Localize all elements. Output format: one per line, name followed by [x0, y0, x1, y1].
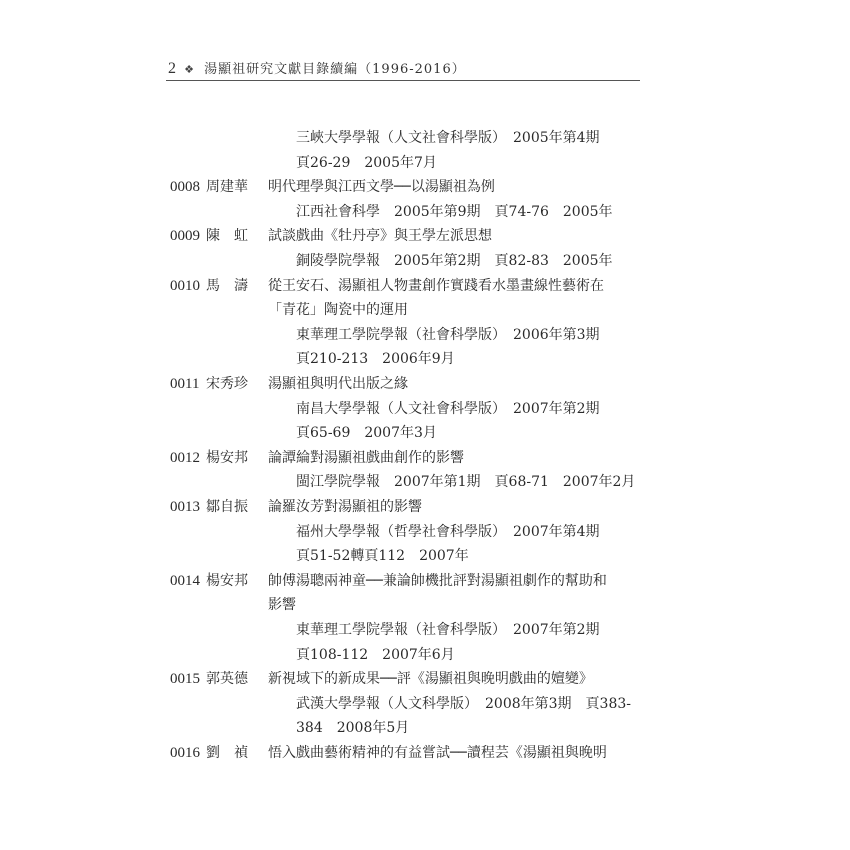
entry-number: 0009 — [170, 226, 200, 246]
publication-info: 頁65-69 2007年3月 — [296, 423, 437, 443]
entry-author: 鄒自振 — [206, 497, 248, 517]
running-header: 2 ❖ 湯顯祖研究文獻目錄續編（1996-2016） — [168, 58, 640, 80]
entry-title: 明代理學與江西文學──以湯顯祖為例 — [268, 177, 495, 197]
entry-author: 郭英德 — [206, 669, 248, 689]
publication-info: 武漢大學學報（人文科學版） 2008年第3期 頁383- — [296, 694, 631, 714]
entry-title: 試談戲曲《牡丹亭》與王學左派思想 — [268, 226, 492, 246]
entry-title-continued: 「青花」陶瓷中的運用 — [268, 300, 408, 320]
entry-author: 楊安邦 — [206, 571, 248, 591]
entry-title-continued: 影響 — [268, 595, 296, 615]
entry-number: 0010 — [170, 276, 200, 296]
entry-author: 楊安邦 — [206, 448, 248, 468]
entry-title: 湯顯祖與明代出版之緣 — [268, 374, 408, 394]
entry-author: 周建華 — [206, 177, 248, 197]
publication-info: 頁51-52轉頁112 2007年 — [296, 546, 469, 566]
publication-info: 頁108-112 2007年6月 — [296, 645, 455, 665]
publication-info: 江西社會科學 2005年第9期 頁74-76 2005年 — [296, 202, 613, 222]
entry-title: 新視域下的新成果──評《湯顯祖與晚明戲曲的嬗變》 — [268, 669, 593, 689]
entry-author: 劉 禎 — [206, 743, 248, 763]
publication-info: 三峽大學學報（人文社會科學版） 2005年第4期 — [296, 128, 600, 148]
publication-info: 東華理工學院學報（社會科學版） 2006年第3期 — [296, 325, 600, 345]
publication-info: 閩江學院學報 2007年第1期 頁68-71 2007年2月 — [296, 472, 635, 492]
entry-author: 宋秀珍 — [206, 374, 248, 394]
page-number: 2 — [168, 60, 176, 77]
entry-title: 帥傅湯聰兩神童──兼論帥機批評對湯顯祖劇作的幫助和 — [268, 571, 607, 591]
publication-info: 福州大學學報（哲學社會科學版） 2007年第4期 — [296, 522, 600, 542]
entry-title: 悟入戲曲藝術精神的有益嘗試──讀程芸《湯顯祖與晚明 — [268, 743, 607, 763]
entry-title: 論羅汝芳對湯顯祖的影響 — [268, 497, 422, 517]
entry-number: 0011 — [170, 374, 199, 394]
entry-title: 從王安石、湯顯祖人物畫創作實踐看水墨畫線性藝術在 — [268, 276, 604, 296]
entry-author: 陳 虹 — [206, 226, 248, 246]
publication-info: 南昌大學學報（人文社會科學版） 2007年第2期 — [296, 399, 600, 419]
publication-info: 東華理工學院學報（社會科學版） 2007年第2期 — [296, 620, 600, 640]
entry-number: 0008 — [170, 177, 200, 197]
ornament-icon: ❖ — [184, 63, 194, 76]
entry-author: 馬 濤 — [206, 276, 248, 296]
publication-info: 384 2008年5月 — [296, 718, 409, 738]
entry-number: 0012 — [170, 448, 200, 468]
running-title: 湯顯祖研究文獻目錄續編（1996-2016） — [204, 62, 466, 77]
entry-number: 0015 — [170, 669, 200, 689]
entry-number: 0013 — [170, 497, 200, 517]
entry-number: 0014 — [170, 571, 200, 591]
publication-info: 銅陵學院學報 2005年第2期 頁82-83 2005年 — [296, 251, 613, 271]
entry-number: 0016 — [170, 743, 200, 763]
entry-title: 論譚綸對湯顯祖戲曲創作的影響 — [268, 448, 464, 468]
publication-info: 頁26-29 2005年7月 — [296, 153, 437, 173]
header-rule — [166, 80, 640, 81]
publication-info: 頁210-213 2006年9月 — [296, 349, 455, 369]
